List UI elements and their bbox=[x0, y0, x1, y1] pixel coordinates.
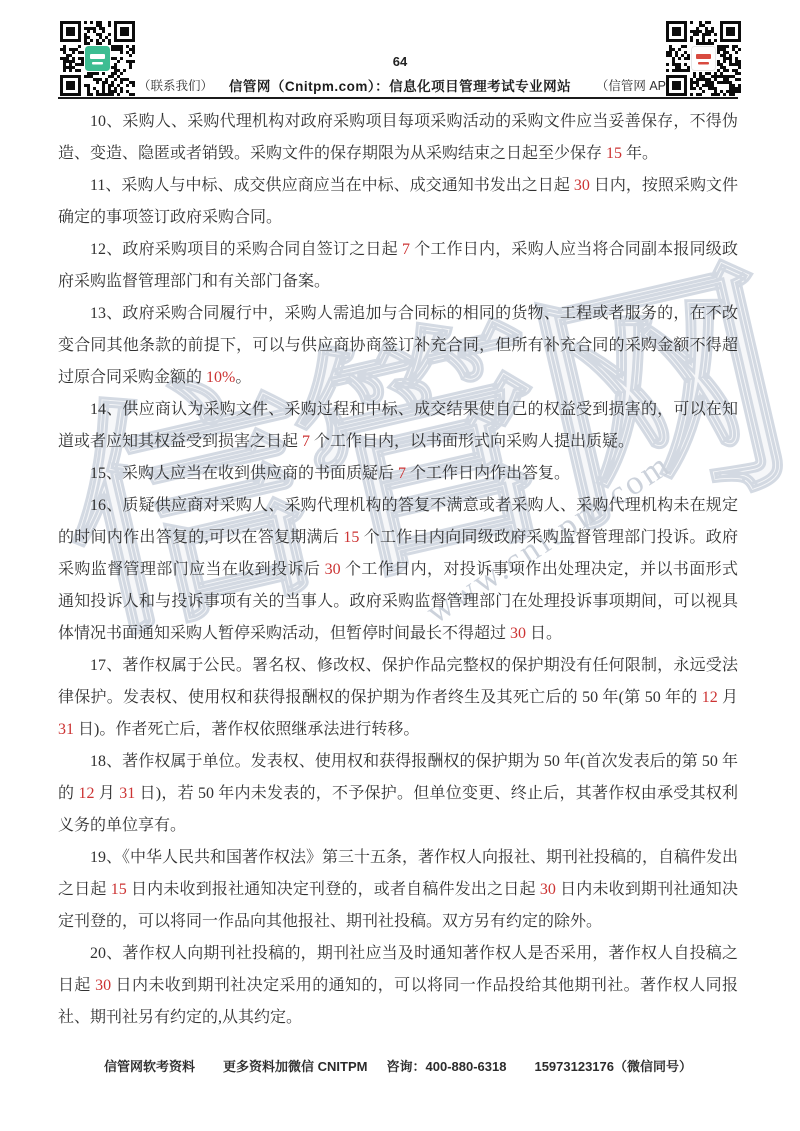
app-qr-code-icon bbox=[666, 21, 741, 96]
highlighted-number: 12 bbox=[79, 785, 95, 802]
app-qr-label: （信管网 AP bbox=[596, 76, 666, 94]
footer-mobile-phone: 15973123176（微信同号） bbox=[534, 1056, 692, 1075]
highlighted-number: 30 bbox=[95, 977, 111, 994]
paragraph-14: 14、供应商认为采购文件、采购过程和中标、成交结果使自己的权益受到损害的，可以在… bbox=[58, 394, 738, 458]
paragraph-13: 13、政府采购合同履行中，采购人需追加与合同标的相同的货物、工程或者服务的，在不… bbox=[58, 298, 738, 394]
highlighted-number: 30 bbox=[574, 177, 590, 194]
document-text: 10、采购人、采购代理机构对政府采购项目每项采购活动的采购文件应当妥善保存，不得… bbox=[58, 106, 738, 1034]
footer-consult-phone: 咨询：400-880-6318 bbox=[387, 1056, 507, 1075]
highlighted-number: 10% bbox=[206, 369, 235, 386]
highlighted-number: 7 bbox=[402, 241, 410, 258]
paragraph-17: 17、著作权属于公民。署名权、修改权、保护作品完整权的保护期没有任何限制，永远受… bbox=[58, 650, 738, 746]
footer-brand: 信管网软考资料 bbox=[104, 1056, 195, 1075]
paragraph-16: 16、质疑供应商对采购人、采购代理机构的答复不满意或者采购人、采购代理机构未在规… bbox=[58, 490, 738, 650]
highlighted-number: 15 bbox=[343, 529, 359, 546]
paragraph-19: 19、《中华人民共和国著作权法》第三十五条，著作权人向报社、期刊社投稿的，自稿件… bbox=[58, 842, 738, 938]
footer-wechat: 更多资料加微信 CNITPM bbox=[223, 1056, 367, 1075]
highlighted-number: 15 bbox=[111, 881, 127, 898]
page-footer: 信管网软考资料 更多资料加微信 CNITPM 咨询：400-880-6318 1… bbox=[58, 1056, 738, 1075]
highlighted-number: 31 bbox=[119, 785, 135, 802]
header-divider bbox=[58, 97, 738, 99]
highlighted-number: 30 bbox=[325, 561, 341, 578]
paragraph-15: 15、采购人应当在收到供应商的书面质疑后 7 个工作日内作出答复。 bbox=[58, 458, 738, 490]
highlighted-number: 15 bbox=[606, 145, 622, 162]
contact-qr-code-icon bbox=[60, 21, 135, 96]
paragraph-18: 18、著作权属于单位。发表权、使用权和获得报酬权的保护期为 50 年(首次发表后… bbox=[58, 746, 738, 842]
highlighted-number: 31 bbox=[58, 721, 74, 738]
highlighted-number: 7 bbox=[302, 433, 310, 450]
paragraph-12: 12、政府采购项目的采购合同自签订之日起 7 个工作日内，采购人应当将合同副本报… bbox=[58, 234, 738, 298]
paragraph-10: 10、采购人、采购代理机构对政府采购项目每项采购活动的采购文件应当妥善保存，不得… bbox=[58, 106, 738, 170]
paragraph-20: 20、著作权人向期刊社投稿的，期刊社应当及时通知著作权人是否采用，著作权人自投稿… bbox=[58, 938, 738, 1034]
document-page: 信管网 www.cnitpm.com （联系我们） 64 信管网（Cnitpm.… bbox=[0, 0, 800, 1131]
highlighted-number: 7 bbox=[398, 465, 406, 482]
highlighted-number: 12 bbox=[702, 689, 718, 706]
paragraph-11: 11、采购人与中标、成交供应商应当在中标、成交通知书发出之日起 30 日内，按照… bbox=[58, 170, 738, 234]
highlighted-number: 30 bbox=[510, 625, 526, 642]
highlighted-number: 30 bbox=[540, 881, 556, 898]
